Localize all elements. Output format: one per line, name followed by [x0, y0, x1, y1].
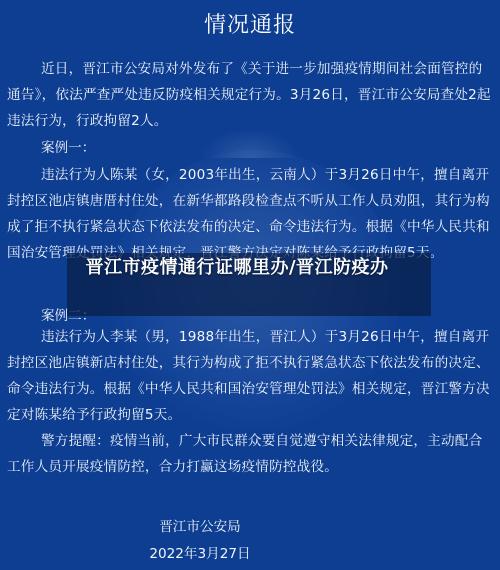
intro-paragraph: 近日，晋江市公安局对外发布了《关于进一步加强疫情期间社会面管控的通告》，依法严查…	[7, 56, 493, 134]
issuer: 晋江市公安局	[0, 515, 400, 535]
notice-title: 情况通报	[0, 8, 500, 39]
case1-paragraph: 违法行为人陈某（女，2003年出生，云南人）于3月26日中午，擅自离开封控区池店…	[7, 162, 493, 266]
notice-image: 情况通报 近日，晋江市公安局对外发布了《关于进一步加强疫情期间社会面管控的通告》…	[0, 0, 500, 570]
case1-label: 案例一：	[41, 136, 95, 156]
case2-paragraph: 违法行为人李某（男，1988年出生，晋江人）于3月26日中午，擅自离开封控区池店…	[7, 324, 493, 428]
reminder-paragraph: 警方提醒：疫情当前，广大市民群众要自觉遵守相关法律规定，主动配合工作人员开展疫情…	[7, 428, 493, 480]
issue-date: 2022年3月27日	[0, 542, 400, 562]
caption-text: 晋江市疫情通行证哪里办/晋江防疫办	[67, 254, 407, 282]
